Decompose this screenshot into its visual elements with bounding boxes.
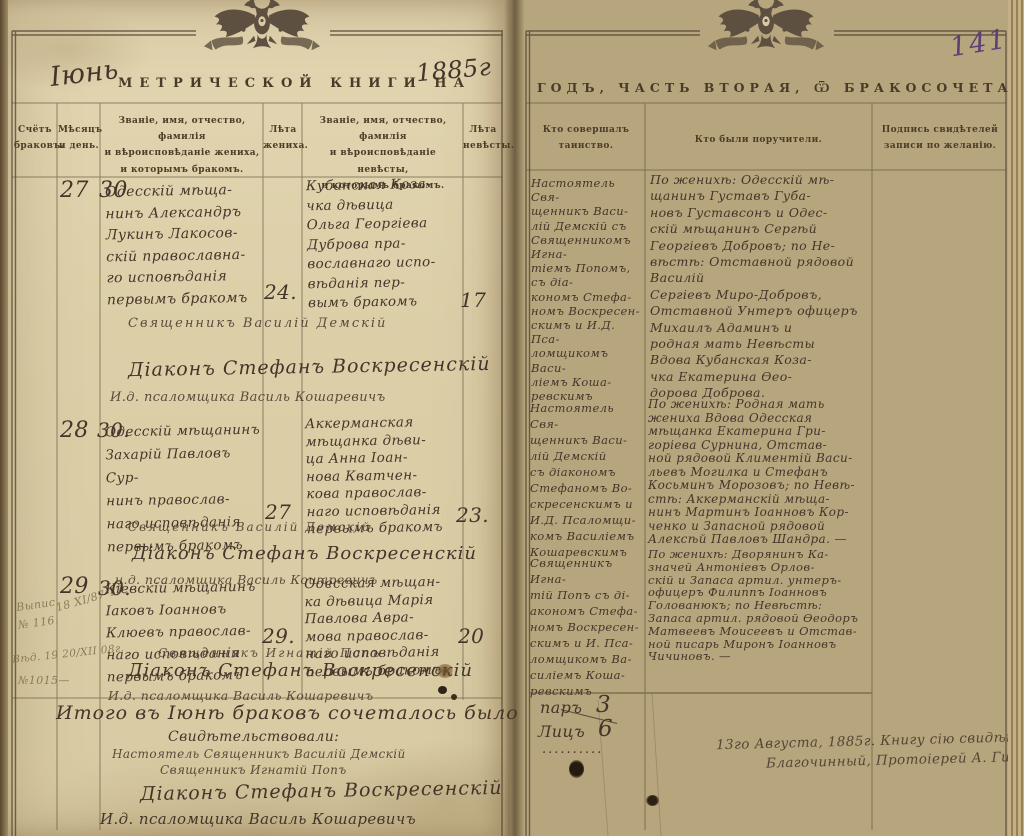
entry-28-officiant: Настоятель Свя- щенникъ Васи- лій Демскі… (530, 400, 642, 560)
left-crest-icon (196, 0, 328, 61)
entry-28-deacon-signature: Діаконъ Стефанъ Воскресенскій (132, 543, 477, 564)
entry-27-officiant: Настоятель Свя- щенникъ Васи- лій Демскі… (531, 176, 643, 403)
book-binding-edge (0, 0, 8, 836)
header-groom-age: Лѣта жениха. (263, 122, 303, 154)
right-page-title: ГОДЪ, ЧАСТЬ ВТОРАЯ, Ѿ БРАКОСОЧЕТАВШИХСЯ. (537, 80, 1024, 96)
page-stack-edge (1008, 0, 1024, 836)
entry-29-bride-age: 20 (458, 624, 484, 648)
summary-total-line: Итого въ Іюнѣ браковъ сочеталось было (56, 702, 519, 724)
summary-priest-signature: Священникъ Игнатій Попъ (160, 763, 347, 777)
right-crest-icon (700, 0, 832, 61)
metrical-book-scan: { "colors": { "paper": "#dfd2ac", "ink":… (0, 0, 1024, 836)
entry-27-bride-age: 17 (460, 288, 486, 312)
tally-dots-flourish: .......... (542, 742, 603, 757)
summary-rector-signature: Настоятель Священникъ Василій Демскій (112, 747, 406, 761)
paper-hole (451, 694, 457, 700)
header-month-day: Мѣсяцъ и день. (58, 122, 100, 154)
header-count: Счётъ браковъ. (14, 122, 56, 154)
entry-27-priest-signature: Священникъ Василій Демскій (128, 316, 387, 331)
entry-27-groom: Одесскій мѣща- нинъ Александръ Лукинъ Ла… (105, 180, 265, 312)
entry-28-priest-signature: Священникъ Василій Демскій (128, 520, 371, 534)
entry-27-witnesses: По женихѣ: Одесскій мѣ- щанинъ Густавъ Г… (650, 172, 868, 402)
entry-28-bride-age: 23. (456, 503, 489, 527)
entry-29-deacon-signature: Діаконъ Стефанъ Воскресенскій (128, 660, 473, 681)
paper-hole (646, 795, 659, 806)
header-bride-age: Лѣта невѣсты. (463, 122, 503, 154)
entry-27-bride: Кубанская Коза- чка дѣвица Ольга Георгіе… (306, 175, 450, 314)
entry-27-groom-age: 24. (264, 280, 297, 304)
entry-29-witnesses: По женихѣ: Дворянинъ Ка- значей Антоніев… (648, 548, 872, 663)
header-witnesses: Кто были поручители. (647, 132, 870, 148)
summary-psalmist-signature: И.д. псаломщика Василь Кошаревичъ (100, 810, 416, 828)
entry-28-groom: Одесскій мѣщанинъ Захарій Павловъ Сур- н… (105, 419, 265, 560)
paper-hole (438, 686, 447, 694)
entry-28-witnesses: По женихѣ: Родная мать жениха Вдова Одес… (648, 398, 872, 547)
entry-27-number: 27 (60, 178, 89, 203)
summary-persons-label: Лицъ (538, 722, 585, 741)
header-groom: Званіе, имя, отчество, фамилія и вѣроисп… (102, 113, 262, 178)
header-officiant: Кто совершалъ таинство. (530, 122, 642, 154)
entry-29-psalmist-signature: И.д. псаломщика Василь Кошаревичъ (108, 688, 374, 703)
paper-hole (569, 760, 584, 778)
page-gutter-shadow (504, 0, 524, 836)
header-signature: Подпись свидѣтелей записи по желанію. (876, 122, 1004, 154)
margin-note-4: №1015— (18, 674, 70, 687)
entry-29-officiant: Священникъ Игна- тій Попъ съ ді- акономъ… (530, 555, 642, 699)
summary-pairs-label: паръ (540, 698, 582, 717)
entry-27-psalmist-signature: И.д. псаломщика Василь Кошаревичъ (110, 390, 386, 405)
summary-pairs-value: 3 (596, 692, 611, 718)
entry-29-priest-signature: Священникъ Игнатій Попъ (158, 646, 382, 660)
entry-29-groom-age: 29. (262, 624, 295, 648)
ink-stain (436, 664, 454, 678)
summary-witnessed-label: Свидѣтельствовали: (168, 729, 339, 745)
entry-28-number: 28 (60, 418, 89, 443)
